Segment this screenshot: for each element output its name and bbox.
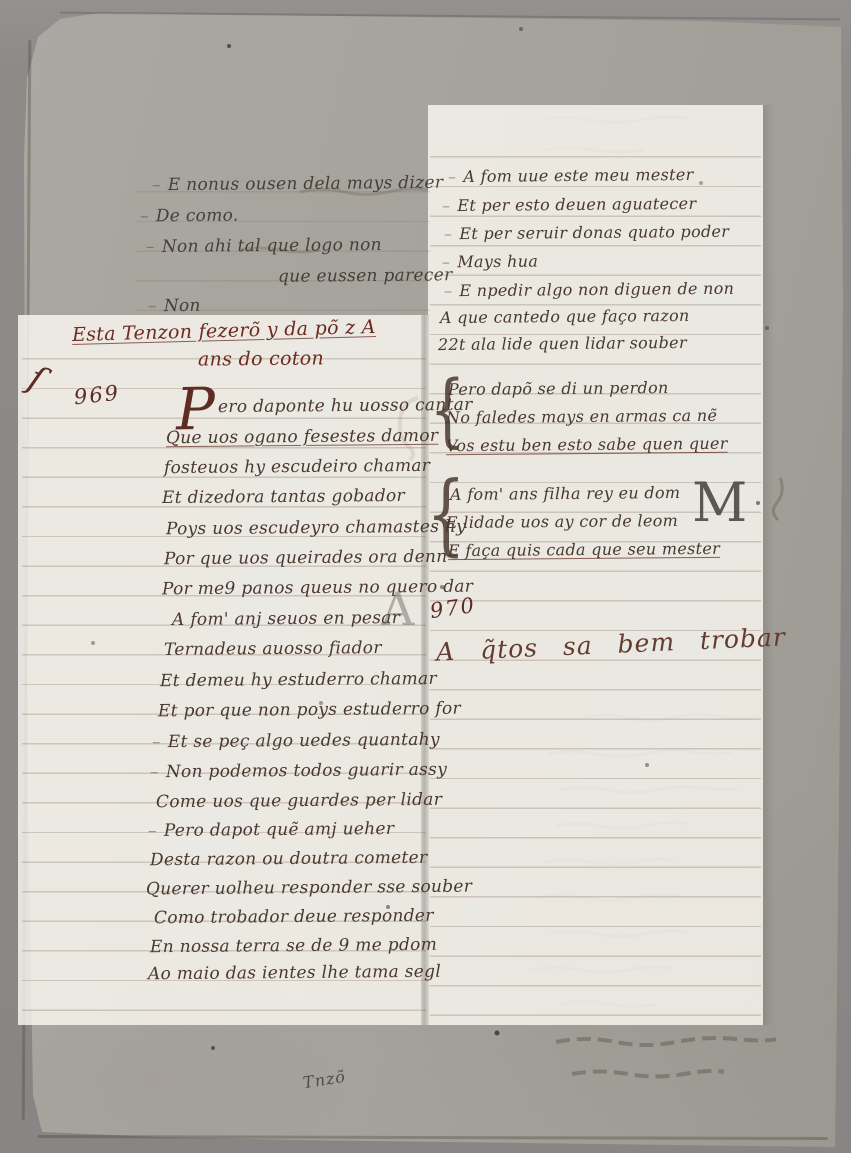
verse-line: Et per esto deuen aguatecer	[442, 196, 696, 214]
verse-line: Non	[148, 298, 201, 315]
verse-line: fosteuos hy escudeiro chamar	[164, 458, 430, 477]
verse-line: A fom uue este meu mester	[448, 167, 694, 185]
highlight-right-edge-shadow	[763, 105, 774, 1025]
verse-line: E lidade uos ay cor de leom	[446, 513, 678, 531]
verse-line: 22t ala lide quen lidar souber	[438, 335, 687, 353]
verse-line: En nossa terra se de 9 me pdom	[150, 937, 437, 957]
verse-line: E nonus ousen dela mays dizer	[152, 175, 443, 195]
verse-line: Ternadeus auosso fiador	[164, 640, 382, 659]
verse-line: Que uos ogano fesestes damor	[166, 428, 438, 447]
verse-line: Pero dapõ se di un perdon	[448, 380, 669, 398]
margin-letter-m: M	[692, 476, 747, 530]
verse-line: Et por que non poys estuderro for	[158, 701, 461, 721]
verse-line: Desta razon ou doutra cometer	[150, 850, 428, 869]
verse-line: A fom' ans filha rey eu dom	[450, 485, 680, 503]
verse-line: A fom' anj seuos en pesar	[172, 610, 400, 629]
scan-background: E nonus ousen dela mays dizer De como. N…	[0, 0, 851, 1153]
highlight-overlay-right	[428, 105, 763, 1025]
verse-line: Pero dapot quẽ amj ueher	[148, 821, 394, 840]
verse-line: A que cantedo que faço razon	[440, 308, 690, 326]
verse-line: No faledes mays en armas ca nẽ	[446, 408, 717, 426]
verse-line: Querer uolheu responder sse souber	[146, 879, 472, 899]
verse-line: Poys uos escudeyro chamastes hy	[166, 519, 466, 539]
verse-line: Et se peç algo uedes quantahy	[152, 732, 440, 752]
verse-line: Como trobador deue responder	[154, 908, 434, 927]
faint-letter-a: A	[381, 586, 414, 632]
margin-number-969: 969	[73, 383, 121, 409]
verse-line: Non podemos todos guarir assy	[150, 762, 447, 782]
verse-line: Por que uos queirades ora denn	[164, 549, 448, 568]
verse-line: Et per seruir donas quato poder	[444, 224, 729, 242]
verse-line: Come uos que guardes per lidar	[156, 792, 442, 811]
verse-line: E npedir algo non diguen de non	[444, 281, 734, 300]
verse-line: E faça quis cada que seu mester	[448, 541, 720, 559]
verse-line: Por me9 panos queus no quero dar	[162, 579, 473, 599]
verse-line: que eussen parecer	[278, 267, 453, 286]
verse-line: De como.	[140, 208, 239, 226]
verse-line: Et dizedora tantas gobador	[162, 488, 405, 507]
verse-line: Vos estu ben esto sabe quen quer	[446, 436, 728, 454]
verse-line: Mays hua	[442, 254, 538, 271]
verse-line: Et demeu hy estuderro chamar	[160, 671, 437, 690]
verse-line: Ao maio das ientes lhe tama segl	[148, 964, 441, 984]
rubric-line: ans do coton	[198, 349, 324, 369]
verse-line: Non ahi tal que logo non	[146, 237, 382, 256]
ink-specks	[0, 0, 2, 2]
